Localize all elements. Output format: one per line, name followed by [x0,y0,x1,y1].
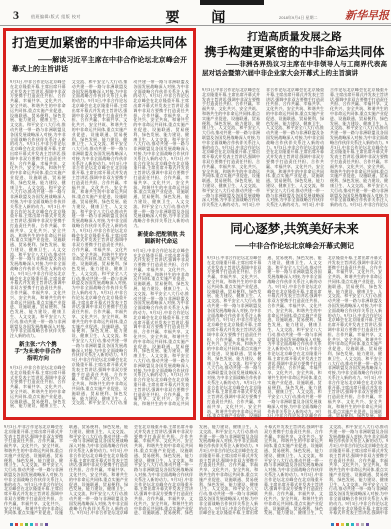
registration-marks-left [10,523,48,526]
color-mark [331,523,334,526]
article-topright-headline-2: 携手构建更紧密的中非命运共同体 [200,43,389,60]
color-mark [341,523,344,526]
header-rule-upper [213,23,391,24]
color-mark [35,523,38,526]
article-right-subtitle: ——中非合作论坛北京峰会开幕式侧记 [207,241,382,251]
color-mark [356,523,359,526]
color-mark [10,523,13,526]
color-mark [40,523,43,526]
color-mark [25,523,28,526]
color-mark [351,523,354,526]
top-ink-bar [200,0,264,5]
color-mark [15,523,18,526]
newspaper-page: 3 值班编辑/版式 组版 校对 要 闻 2018年9月4日 星期二 新华早报 打… [0,0,391,529]
color-mark [366,523,369,526]
article-topright-subtitle: ——非洲各界热议习主席在中非领导人与工商界代表高层对话会暨第六届中非企业家大会开… [202,61,387,78]
body-text: 9月3日,中非合作论坛北京峰会在北京隆重开幕,主席出席开幕式并发表主旨讲话,强调… [10,80,66,338]
article-left-headline: 打造更加紧密的中非命运共同体 [10,36,189,51]
body-text: 9月3日,中非合作论坛北京峰会在北京隆重开幕,主席出席开幕式并发表主旨讲话,强调… [207,256,382,418]
header-date: 2018年9月4日 星期二 [279,15,317,21]
color-mark [336,523,339,526]
color-mark [361,523,364,526]
bottom-continuation-body: 9月3日,中非合作论坛北京峰会在北京隆重开幕,主席出席开幕式并发表主旨讲话,强调… [4,425,388,519]
article-left-subhead-1: 新主张:“六个携手”为未来中非合作指明方向 [14,342,62,363]
masthead-logo: 新华早报 [345,7,389,23]
article-left-subhead-2: 新使命:把舵领航 共圆新时代命运 [137,232,185,246]
article-topright-headline-1: 打造高质量发展之路 [200,29,389,44]
article-left-subtitle: ——解读习近平主席在中非合作论坛北京峰会开幕式上的主旨讲话 [12,56,187,74]
body-text: 9月3日,中非合作论坛北京峰会在北京隆重开幕,主席出席开幕式并发表主旨讲话,强调… [202,88,388,207]
registration-marks-right [331,523,369,526]
article-topright-body: 9月3日,中非合作论坛北京峰会在北京隆重开幕,主席出席开幕式并发表主旨讲话,强调… [202,88,388,212]
color-mark [20,523,23,526]
color-mark [30,523,33,526]
body-text: 9月3日,中非合作论坛北京峰会在北京隆重开幕,主席出席开幕式并发表主旨讲话,强调… [4,425,388,515]
article-right-box: 同心逐梦,共筑美好未来 ——中非合作论坛北京峰会开幕式侧记 9月3日,中非合作论… [200,214,389,420]
color-mark [346,523,349,526]
article-left-box: 打造更加紧密的中非命运共同体 ——解读习近平主席在中非合作论坛北京峰会开幕式上的… [3,28,196,420]
color-mark [45,523,48,526]
header-rule [0,25,391,26]
article-right-body: 9月3日,中非合作论坛北京峰会在北京隆重开幕,主席出席开幕式并发表主旨讲话,强调… [207,256,382,420]
article-left-body: 9月3日,中非合作论坛北京峰会在北京隆重开幕,主席出席开幕式并发表主旨讲话,强调… [10,80,189,410]
article-right-headline: 同心逐梦,共筑美好未来 [207,222,382,237]
section-title: 要 闻 [0,7,391,27]
